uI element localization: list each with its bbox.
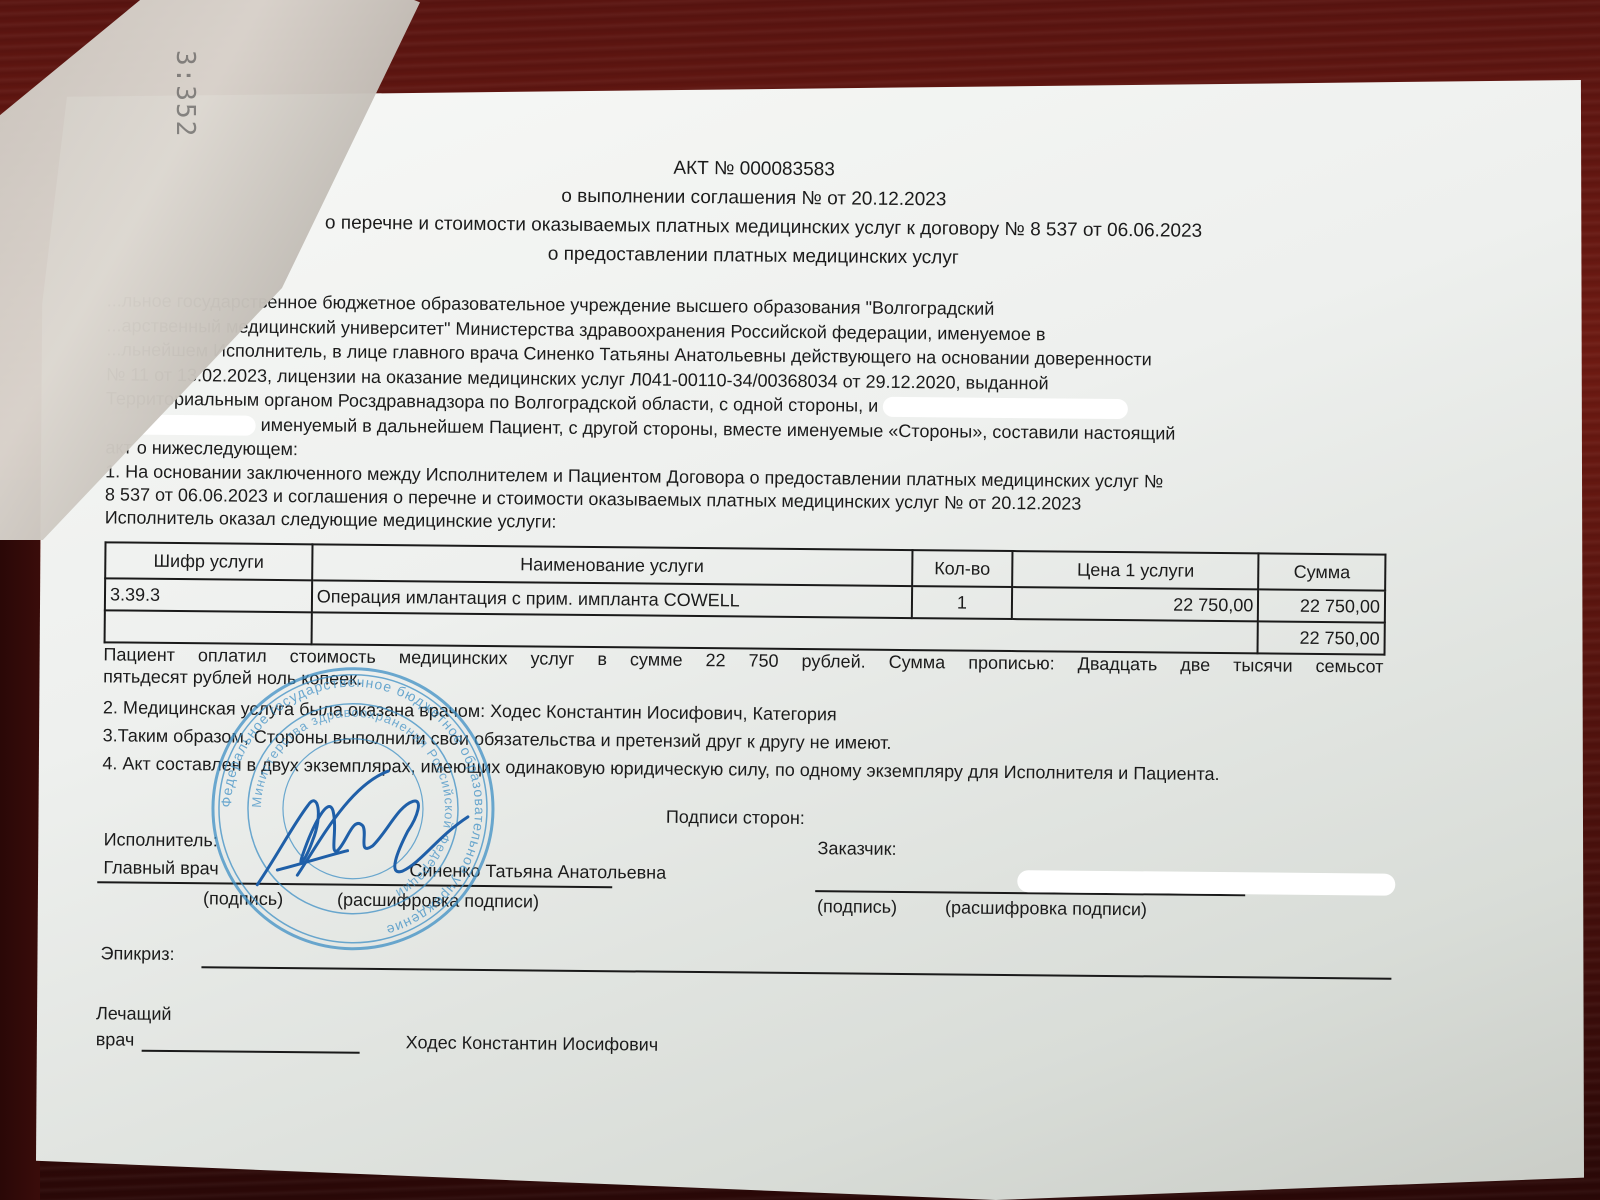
column-header-name: Наименование услуги — [312, 544, 912, 586]
executor-decoding-caption: (расшифровка подписи) — [337, 890, 539, 913]
customer-label: Заказчик: — [818, 838, 897, 860]
customer-decoding-caption: (расшифровка подписи) — [945, 897, 1147, 920]
clause-1: 1. На основании заключенного между Испол… — [105, 460, 1386, 541]
service-price: 22 750,00 — [1012, 587, 1258, 621]
attending-doctor-label-cont: врач — [96, 1029, 135, 1050]
redacted-patient-name — [883, 397, 1128, 419]
customer-signature-caption: (подпись) — [817, 896, 897, 918]
document-header: АКТ № 000083583 о выполнении соглашения … — [253, 150, 1254, 276]
column-header-price: Цена 1 услуги — [1012, 551, 1258, 589]
empty-cell — [105, 610, 312, 644]
attending-doctor-signature-line — [142, 1050, 360, 1054]
act-document: АКТ № 000083583 о выполнении соглашения … — [0, 0, 1600, 1200]
preamble: ...льное государственное бюджетное образ… — [105, 288, 1357, 471]
total-sum: 22 750,00 — [1258, 621, 1385, 654]
attending-doctor-label: Лечащий — [96, 1003, 172, 1025]
service-sum: 22 750,00 — [1258, 589, 1385, 622]
service-code: 3.39.3 — [105, 578, 312, 612]
executor-name: Синенко Татьяна Анатольевна — [409, 860, 666, 883]
attending-doctor-name: Ходес Константин Иосифович — [406, 1032, 659, 1055]
column-header-code: Шифр услуги — [105, 542, 312, 580]
redacted-customer-name — [1017, 870, 1395, 896]
column-header-qty: Кол-во — [912, 550, 1013, 587]
executor-signature-caption: (подпись) — [203, 888, 283, 910]
services-table: Шифр услуги Наименование услуги Кол-во Ц… — [104, 541, 1387, 655]
executor-label: Исполнитель: — [104, 829, 218, 851]
document-body: Пациент оплатил стоимость медицинских ус… — [102, 643, 1433, 790]
redacted-patient-name-cont — [106, 414, 256, 435]
epicrisis-line — [201, 966, 1391, 979]
epicrisis-label: Эпикриз: — [100, 943, 174, 965]
signatures-title: Подписи сторон: — [666, 807, 805, 829]
column-header-sum: Сумма — [1258, 553, 1385, 590]
executor-position: Главный врач — [103, 857, 219, 879]
service-qty: 1 — [911, 586, 1012, 619]
